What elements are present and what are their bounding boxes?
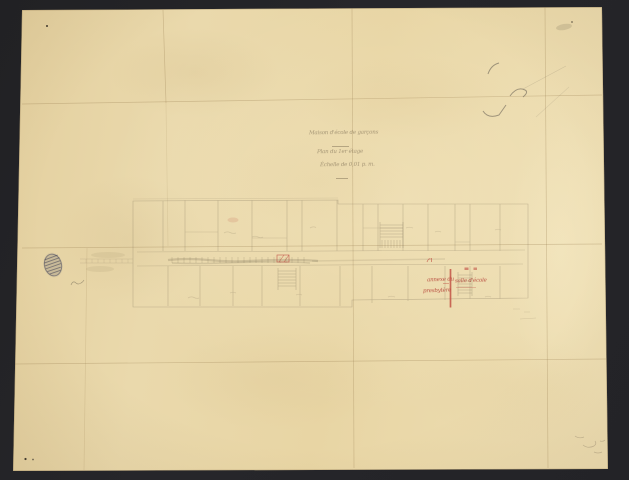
pencil-scribbles-bottom-right: [575, 436, 605, 453]
scanned-document: Maison d'école de garçons Plan du 1er ét…: [0, 0, 629, 480]
paper-sheet: Maison d'école de garçons Plan du 1er ét…: [0, 0, 629, 480]
pencil-scrawl-top-right: [483, 63, 569, 117]
floor-plan-pencil-drawing: [80, 198, 536, 319]
pencil-paraph: [71, 280, 84, 285]
dirt-specks: [24, 21, 573, 460]
corridor-hatching: [168, 257, 445, 264]
fold-creases: [14, 7, 606, 470]
linework-overlay: [0, 0, 629, 480]
oval-stamp-icon: [41, 251, 65, 280]
paper-edge: [13, 7, 608, 471]
